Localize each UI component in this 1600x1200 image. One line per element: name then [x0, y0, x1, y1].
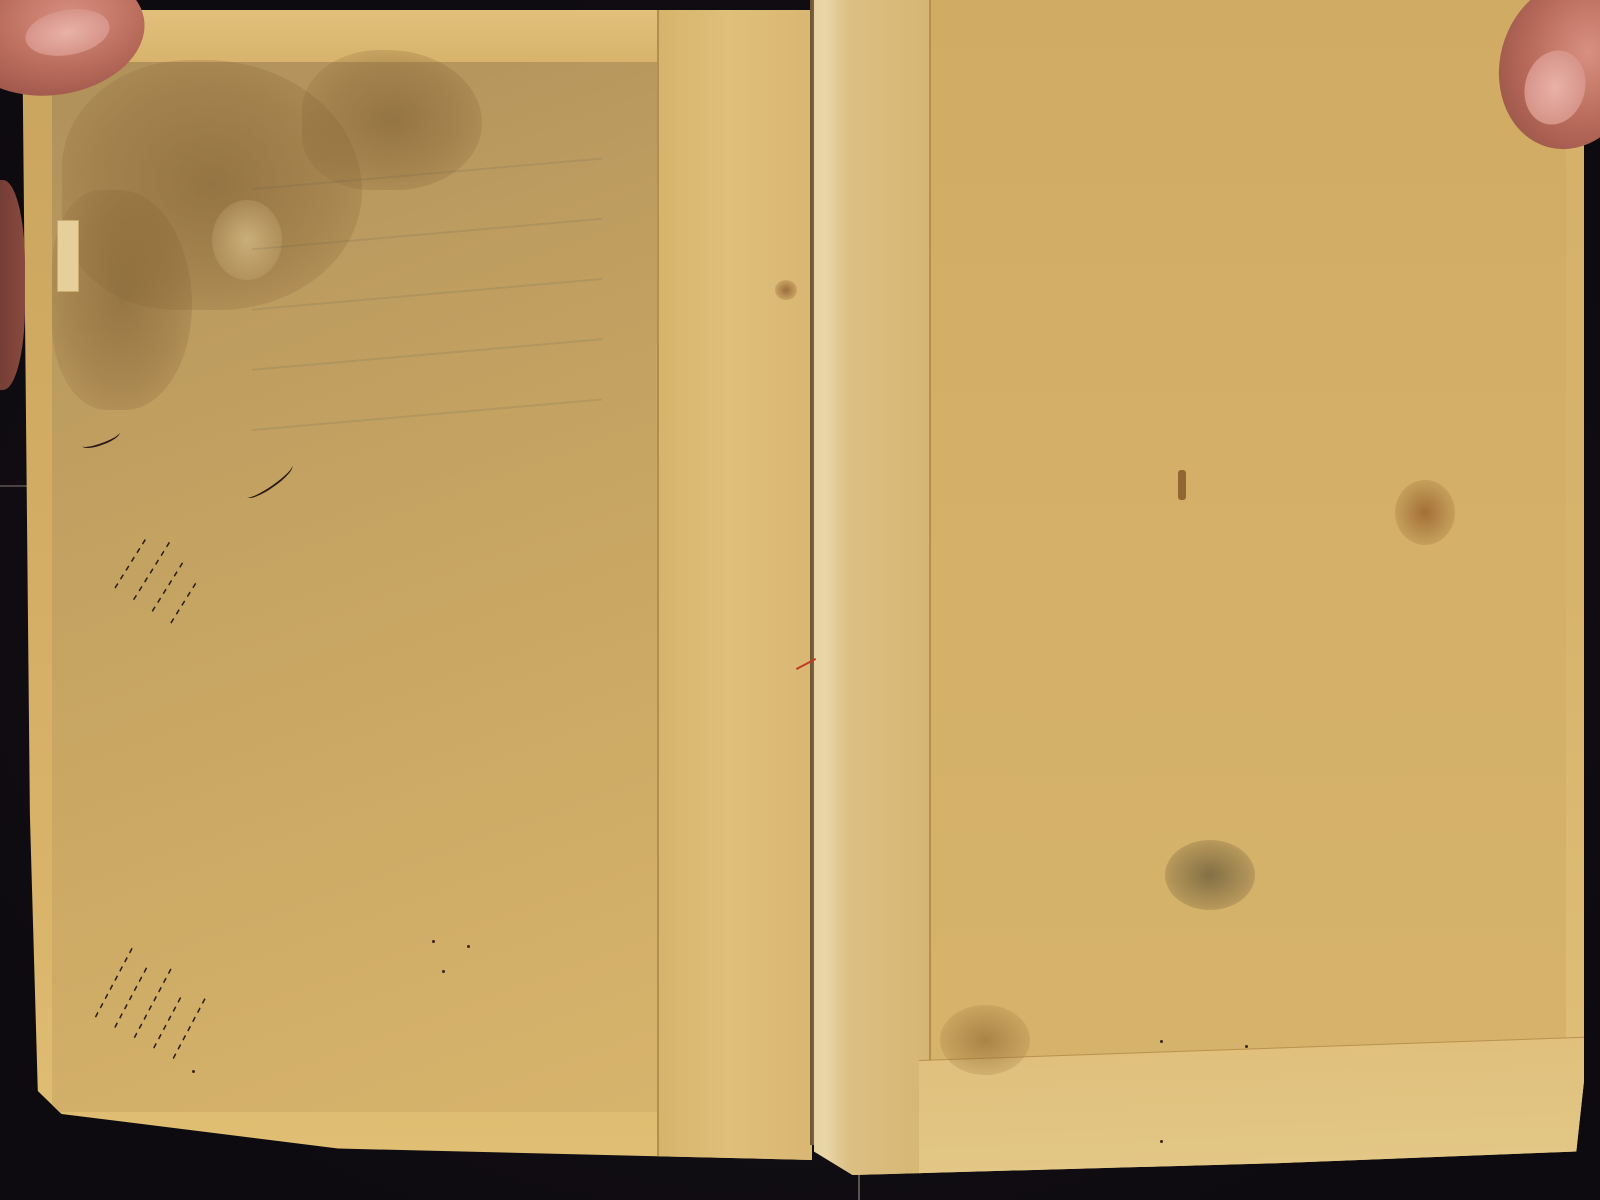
ink-speck [467, 945, 470, 948]
foxing-spot [1178, 470, 1186, 500]
faint-offset-text [252, 150, 602, 450]
ink-speck [1160, 1040, 1163, 1043]
left-leaf: ـ ـ ـ ـ ـ ـ ـ ـ ـ ـ ـ ـ ـ ـ ـ ـ ـ ـ ـ ـ … [22, 10, 812, 1160]
left-gutter-band [657, 10, 814, 1160]
foxing-spot [775, 280, 797, 300]
photo-scene: ـ ـ ـ ـ ـ ـ ـ ـ ـ ـ ـ ـ ـ ـ ـ ـ ـ ـ ـ ـ … [0, 0, 1600, 1200]
finger-left-edge [0, 180, 25, 390]
water-spot [1165, 840, 1255, 910]
ink-speck [1245, 1045, 1248, 1048]
right-page-area [931, 0, 1566, 1092]
ink-speck [1160, 1140, 1163, 1143]
right-leaf [814, 0, 1584, 1175]
ink-speck [442, 970, 445, 973]
ink-speck [432, 940, 435, 943]
water-stain [940, 1005, 1030, 1075]
ink-speck [192, 1070, 195, 1073]
foxing-spot [1395, 480, 1455, 545]
right-spine-band [814, 0, 931, 1175]
paper-repair-patch [57, 220, 79, 292]
